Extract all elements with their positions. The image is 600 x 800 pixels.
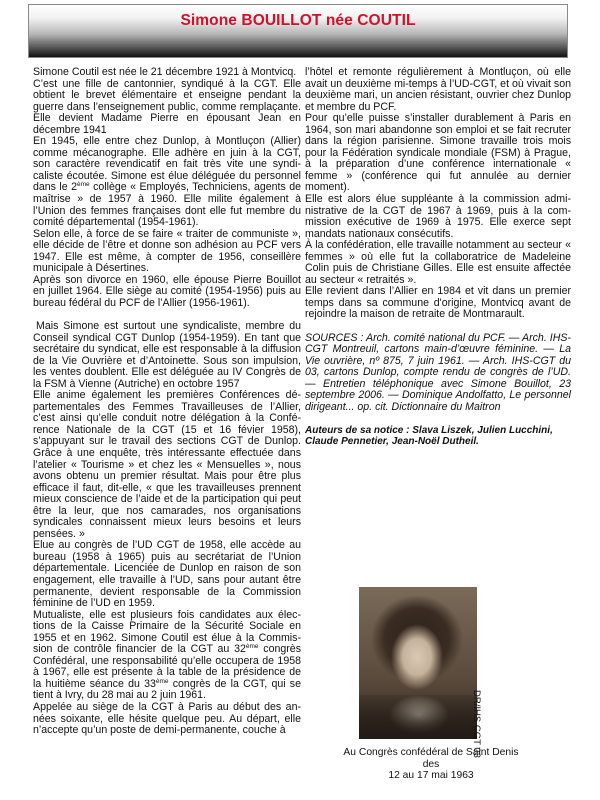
- caption-line: Au Congrès confédéral de Saint Denis: [340, 747, 522, 759]
- sources-block: SOURCES : Arch. comité national du PCF. …: [305, 333, 571, 414]
- paragraph-dunlop: En 1945, elle entre chez Dunlop, à Montl…: [33, 136, 301, 228]
- paragraph-ud-congress: Elue au congrès de l’UD CGT de 1958, ell…: [33, 540, 301, 609]
- paragraph-birth: Simone Coutil est née le 21 décembre 192…: [33, 67, 301, 79]
- paragraph-divorce: Après son divorce en 1960, elle épouse P…: [33, 275, 301, 310]
- page-title: Simone BOUILLOT née COUTIL: [29, 12, 567, 30]
- caption-line: 12 au 17 mai 1963: [340, 770, 522, 782]
- paragraph-confederation: À la confédération, elle travaille notam…: [305, 240, 571, 286]
- paragraph-hotel: l’hôtel et remonte régulièrement à Montl…: [305, 67, 571, 113]
- caption-line: des: [340, 759, 522, 771]
- left-column: Simone Coutil est née le 21 décembre 192…: [33, 67, 301, 737]
- authors-credit: Auteurs de sa notice : Slava Liszek, Jul…: [305, 425, 571, 448]
- paragraph-gap: [305, 413, 571, 425]
- paragraph-retirement: Elle revient dans l’Allier en 1984 et vi…: [305, 286, 571, 321]
- portrait-photo: [359, 587, 477, 739]
- paragraph-commission: Elle est alors élue suppléante à la comm…: [305, 194, 571, 240]
- paragraph-paris: Appelée au siège de la CGT à Paris au dé…: [33, 702, 301, 737]
- paragraph-paris-move: Pour qu’elle puisse s’installer durablem…: [305, 113, 571, 194]
- paragraph-pcf: Selon elle, à force de se faire « traite…: [33, 229, 301, 275]
- right-column: l’hôtel et remonte régulièrement à Montl…: [305, 67, 571, 448]
- title-banner: Simone BOUILLOT née COUTIL: [28, 4, 568, 58]
- paragraph-gap: [305, 321, 571, 333]
- paragraph-syndicaliste: Mais Simone est surtout une syndicaliste…: [33, 321, 301, 390]
- photo-caption: Au Congrès confédéral de Saint Denis des…: [340, 747, 522, 782]
- paragraph-youth: C’est une fille de cantonnier, syndiqué …: [33, 79, 301, 137]
- paragraph-mutualiste: Mutualiste, elle est plusieurs fois cand…: [33, 610, 301, 702]
- paragraph-conferences: Elle anime également les premières Confé…: [33, 390, 301, 540]
